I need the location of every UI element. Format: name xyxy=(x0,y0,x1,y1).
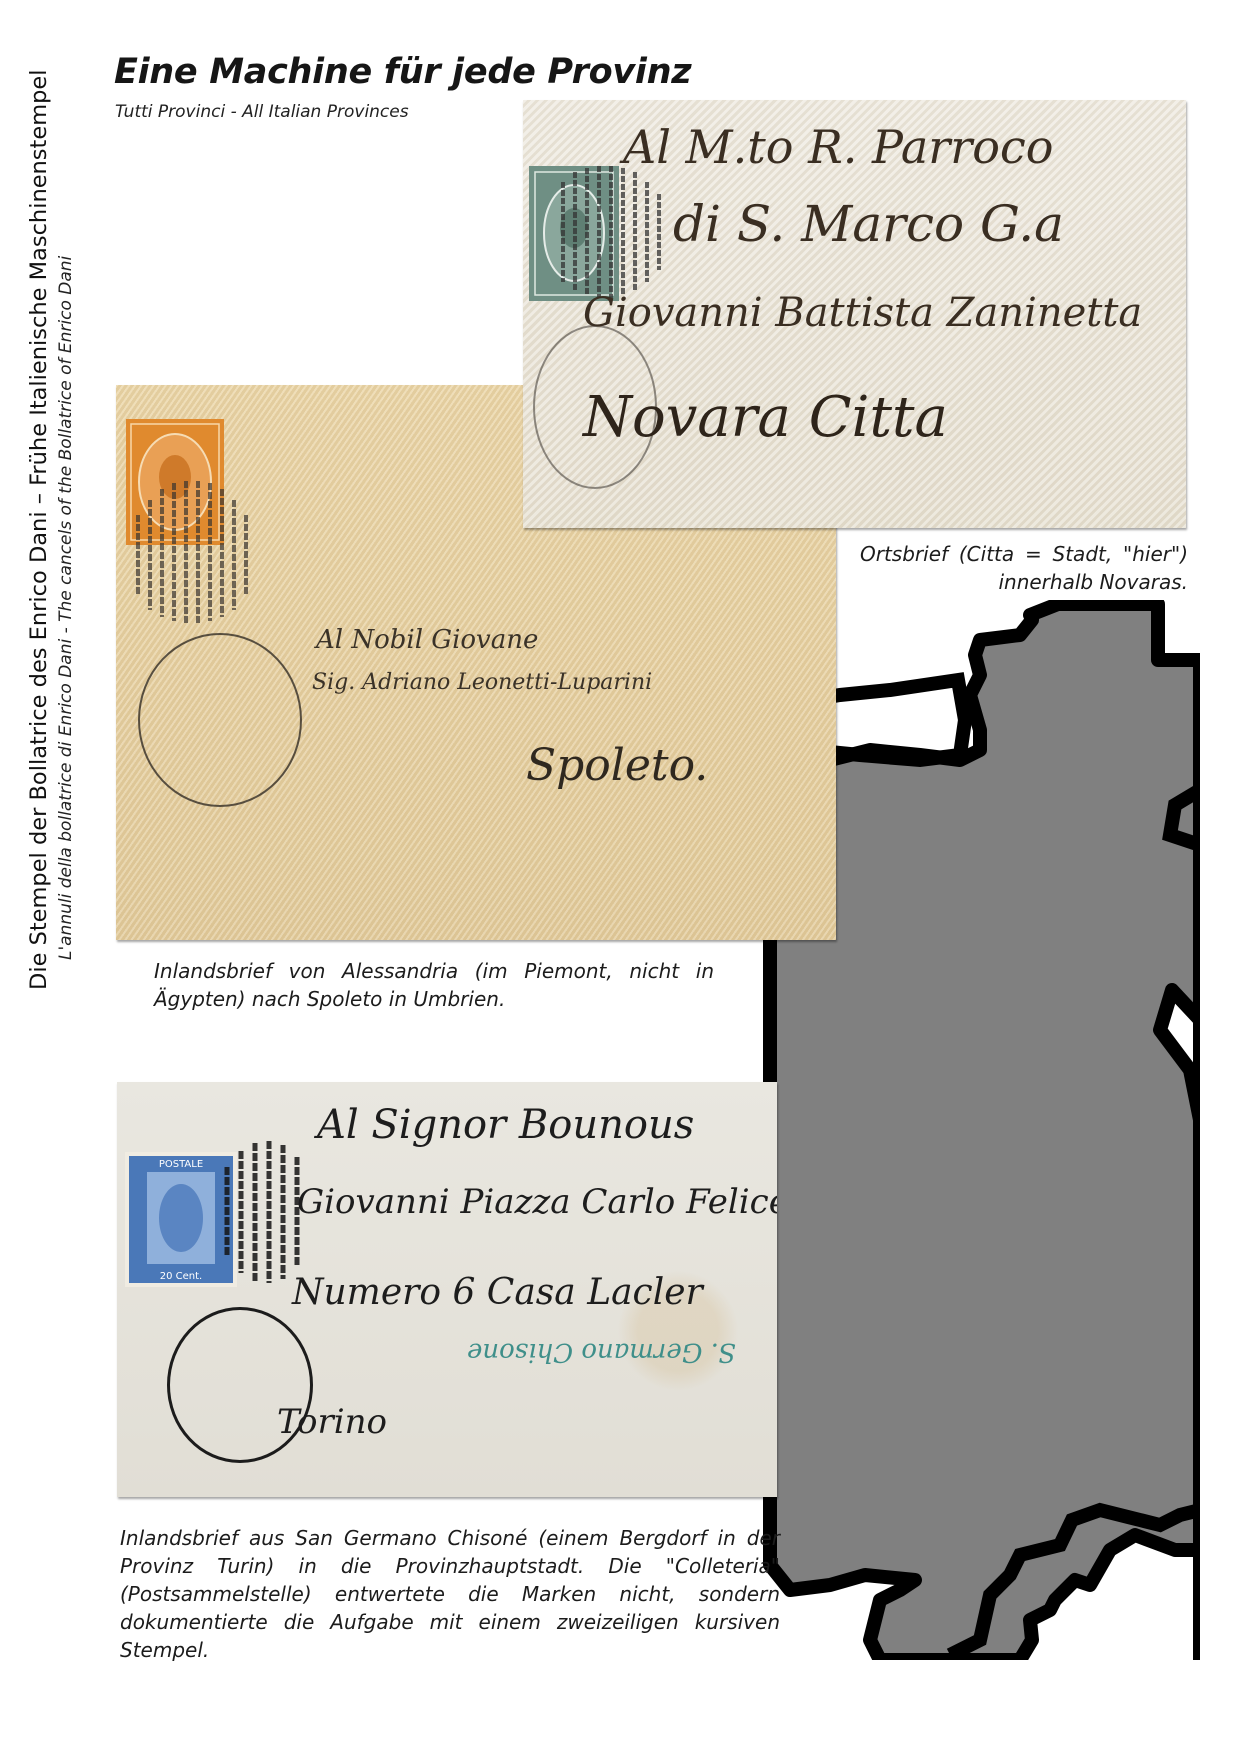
envelope-torino: POSTALE 20 Cent. Al Signor Bounous Giova… xyxy=(117,1082,777,1497)
address-line-3: Numero 6 Casa Lacler xyxy=(292,1272,703,1313)
side-title-main: Die Stempel der Bollatrice des Enrico Da… xyxy=(24,50,54,990)
page-title: Eine Machine für jede Provinz xyxy=(114,52,691,92)
caption-novara: Ortsbrief (Citta = Stadt, "hier") innerh… xyxy=(860,540,1188,596)
svg-text:20 Cent.: 20 Cent. xyxy=(160,1271,202,1282)
side-title: Die Stempel der Bollatrice des Enrico Da… xyxy=(24,50,94,990)
address-line-4: Novara Citta xyxy=(583,385,948,450)
barred-cancel xyxy=(126,475,256,625)
address-line-3: Spoleto. xyxy=(526,740,708,791)
side-title-sub: L'annuli della bollatrice di Enrico Dani… xyxy=(54,50,78,990)
caption-torino: Inlandsbrief aus San Germano Chisoné (ei… xyxy=(120,1524,780,1664)
barred-cancel xyxy=(553,162,673,302)
address-line-1: Al M.to R. Parroco xyxy=(623,120,1053,174)
caption-alessandria: Inlandsbrief von Alessandria (im Piemont… xyxy=(154,957,714,1013)
address-line-1: Al Signor Bounous xyxy=(317,1102,694,1148)
address-line-3: Giovanni Battista Zaninetta xyxy=(583,290,1142,336)
address-line-2: di S. Marco G.a xyxy=(673,195,1064,253)
address-line-4: Torino xyxy=(277,1402,387,1442)
page-subtitle: Tutti Provinci - All Italian Provinces xyxy=(115,102,409,122)
address-line-2: Sig. Adriano Leonetti-Luparini xyxy=(312,670,652,695)
colleteria-mark: S. Germano Chisone xyxy=(467,1337,736,1367)
address-line-2: Giovanni Piazza Carlo Felice xyxy=(297,1182,777,1222)
address-line-1: Al Nobil Giovane xyxy=(316,625,538,655)
svg-text:POSTALE: POSTALE xyxy=(159,1159,203,1170)
envelope-novara: Al M.to R. Parroco di S. Marco G.a Giova… xyxy=(523,100,1186,528)
postmark-alessandria xyxy=(138,633,302,807)
